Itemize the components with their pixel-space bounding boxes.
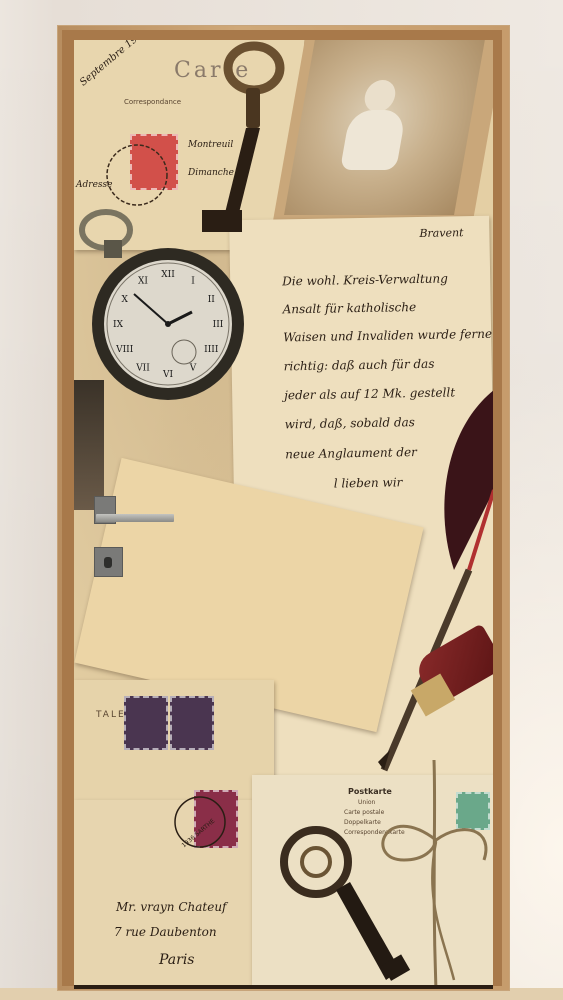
svg-text:IX: IX	[113, 320, 124, 330]
envelope-line: 7 rue Daubenton	[114, 925, 217, 939]
ornate-key-bottom	[274, 820, 414, 989]
svg-text:VI: VI	[162, 370, 173, 380]
svg-text:I: I	[191, 277, 195, 287]
postmark-sarthe	[170, 792, 230, 852]
baby-head	[362, 80, 398, 112]
letter-line: Waisen und Invaliden wurde ferner	[283, 327, 493, 345]
pocket-watch: XIIIIIIIIIIIIVVIVIIVIIIIXXXI	[74, 200, 254, 410]
quill-pen	[374, 390, 493, 790]
svg-text:III: III	[213, 320, 224, 330]
door-handle-lever[interactable]	[96, 514, 174, 522]
stamp-purple-1	[124, 696, 168, 750]
door-lock-escutcheon[interactable]	[94, 547, 123, 577]
svg-text:II: II	[208, 295, 216, 305]
photo-frame	[273, 40, 493, 220]
lock-thumbturn-icon	[104, 557, 112, 568]
envelope-line: Paris	[159, 952, 195, 968]
svg-text:VII: VII	[135, 363, 150, 373]
envelope-line: Mr. vrayn Chateuf	[116, 900, 226, 914]
letter-corner: Bravent	[419, 226, 463, 240]
stamp-purple-2	[170, 696, 214, 750]
card-date: Septembre 1916	[78, 40, 150, 88]
svg-text:XII: XII	[161, 270, 175, 280]
svg-text:IIII: IIII	[204, 345, 219, 355]
letter-line: Die wohl. Kreis-Verwaltung	[282, 272, 448, 289]
svg-text:V: V	[189, 363, 197, 373]
letter-line: richtig: daß auch für das	[284, 357, 435, 374]
svg-text:X: X	[121, 295, 128, 305]
baby-photograph	[284, 40, 485, 215]
baby-body	[340, 110, 407, 170]
svg-text:XI: XI	[138, 277, 148, 287]
door-panel[interactable]: Carte Correspondance Septembre 1916 Mont…	[74, 40, 493, 989]
stamp-card-label: TALE	[96, 710, 126, 720]
svg-text:VIII: VIII	[115, 345, 134, 355]
letter-line: Ansalt für katholische	[283, 300, 417, 316]
card-subtitle: Correspondance	[124, 98, 181, 106]
